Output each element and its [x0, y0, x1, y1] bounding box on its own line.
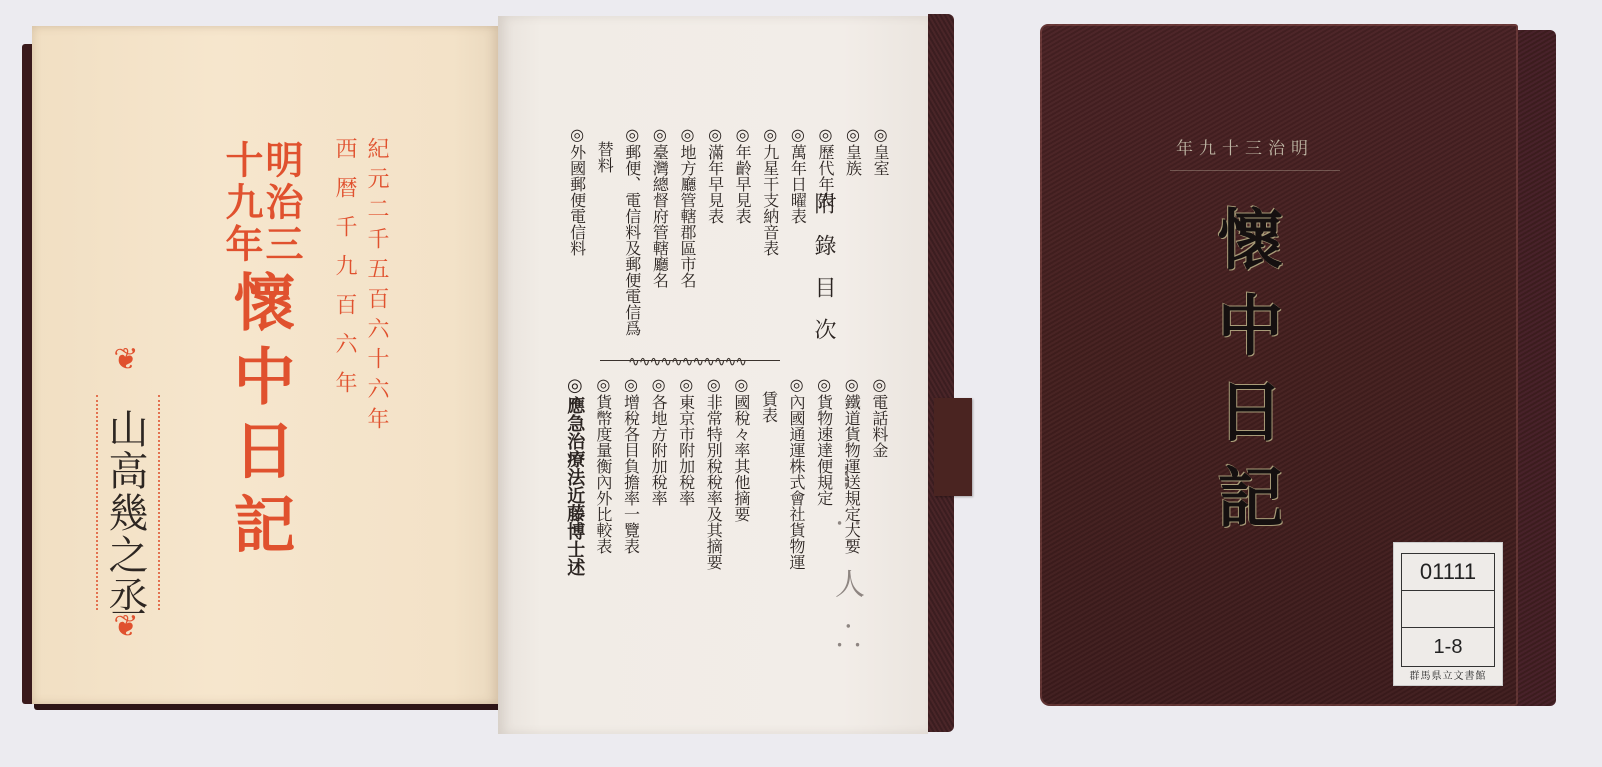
- toc-item: ◎年齡早見表: [732, 125, 754, 355]
- label-catalog-number: 01111: [1402, 554, 1494, 591]
- toc-item: ◎增稅各目負擔率一覽表: [620, 375, 642, 615]
- archive-label: 01111 1-8 群馬県立文書館: [1393, 542, 1503, 686]
- toc-item: ◎內國通運株式會社貨物運: [785, 375, 807, 615]
- toc-item: ◎臺灣總督府管轄廳名: [649, 125, 671, 355]
- ornament-top-icon: ❦: [96, 345, 156, 375]
- label-grid: 01111 1-8: [1401, 553, 1495, 667]
- toc-item: ◎東京市附加稅率: [675, 375, 697, 615]
- owner-name: 山高幾之丞: [105, 408, 145, 618]
- handwritten-pencil-marks: ⁞⸪人⸫: [824, 460, 868, 671]
- era-kigen: 紀元二千五百六十六年: [365, 137, 387, 437]
- era-seireki: 西暦千九百六年: [333, 137, 355, 410]
- clasp-tab: [934, 398, 972, 496]
- label-institution: 群馬県立文書館: [1394, 667, 1502, 682]
- diary-title: 懷中日記: [228, 270, 290, 566]
- open-diary-right-cover-edge: [928, 14, 954, 732]
- toc-item: ◎郵便、電信料及郵便電信爲: [621, 125, 643, 355]
- toc-item: 替料: [594, 125, 616, 355]
- toc-item: ◎皇室: [870, 125, 892, 355]
- label-shelf-number: 1-8: [1402, 628, 1494, 666]
- toc-item: ◎國稅々率其他摘要: [730, 375, 752, 615]
- cover-rule-line: [1170, 170, 1340, 171]
- ornament-bottom-icon: ❦: [96, 612, 156, 642]
- toc-item: ◎電話料金: [868, 375, 890, 615]
- meiji-year-line1: 明治三: [262, 140, 300, 266]
- toc-item: ◎各地方附加稅率: [647, 375, 669, 615]
- toc-item: ◎地方廳管轄郡區市名: [676, 125, 698, 355]
- toc-item: ◎皇族: [842, 125, 864, 355]
- toc-item: 賃表: [758, 375, 780, 615]
- cover-spine: [1512, 30, 1556, 706]
- cover-year-text: 明治三十九年: [1176, 134, 1314, 159]
- meiji-year-line2: 十九年: [222, 140, 260, 266]
- toc-item: ◎滿年早見表: [704, 125, 726, 355]
- toc-item: ◎貨幣度量衡內外比較表: [592, 375, 614, 615]
- toc-item: ◎萬年日曜表: [787, 125, 809, 355]
- cover-title: 懷中日記: [1212, 205, 1278, 549]
- label-blank-row: [1402, 591, 1494, 628]
- toc-item: ◎九星干支納音表: [759, 125, 781, 355]
- toc-item: ◎歷代年表: [814, 125, 836, 355]
- divider-wave-ornament: ∿∿∿∿∿∿∿∿∿∿∿: [628, 354, 746, 370]
- toc-item: ◎應急治療法近藤博士述: [562, 375, 586, 615]
- toc-item: ◎外國郵便電信料: [566, 125, 588, 355]
- toc-upper-list: ◎皇室 ◎皇族 ◎歷代年表 ◎萬年日曜表 ◎九星干支納音表 ◎年齡早見表 ◎滿年…: [560, 125, 891, 355]
- toc-item: ◎非常特別稅稅率及其摘要: [703, 375, 725, 615]
